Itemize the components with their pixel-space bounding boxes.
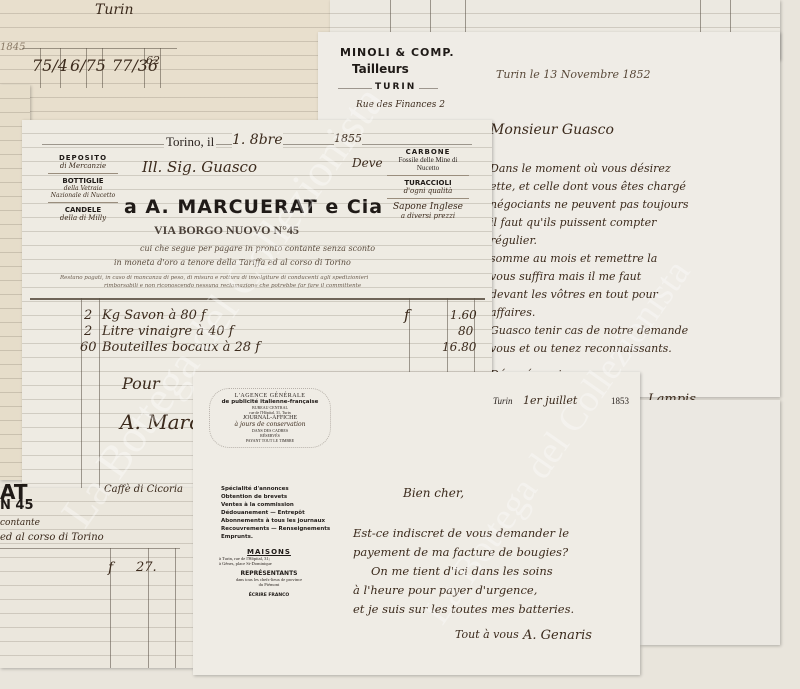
agence-date: 1er juillet xyxy=(523,394,577,407)
invoice-year: 1855 xyxy=(334,132,362,145)
invoice-left-column: DEPOSITO di Mercanzie BOTTIGLIE della Ve… xyxy=(48,154,118,222)
letter-line: vous et ou tenez reconnaissants. xyxy=(490,342,770,360)
ledger-col xyxy=(160,48,161,88)
blank-sheet-right xyxy=(640,400,780,645)
ad-sub: della Vetraia Nazionale di Nucetto xyxy=(48,185,118,203)
letter-line: régulier. xyxy=(490,234,770,252)
minoli-body: Dans le moment où vous désirez ette, et … xyxy=(490,162,770,386)
caffe-header: Caffè di Cicoria xyxy=(104,484,183,495)
ad-title: DEPOSITO xyxy=(48,154,118,162)
letter-line: et je suis sur les toutes mes batteries. xyxy=(353,602,574,621)
letter-line: devant les vôtres en tout pour xyxy=(490,288,770,306)
maisons-title: MAISONS xyxy=(219,548,319,556)
caffe-number: N 45 xyxy=(0,498,34,513)
caffe-receipt: AT N 45 Caffè di Cicoria contante ed al … xyxy=(0,488,195,668)
ad-title: CANDELE xyxy=(48,206,118,214)
ad-title: BOTTIGLIE xyxy=(48,177,118,185)
rep-title: REPRÉSENTANTS xyxy=(219,570,319,577)
letter-line: Est-ce indiscret de vous demander le xyxy=(353,526,574,545)
agence-closing: Tout à vous xyxy=(455,628,519,641)
agence-salutation: Bien cher, xyxy=(403,486,464,500)
minoli-salutation: Monsieur Guasco xyxy=(490,122,614,138)
ad-sub: Fossile delle Mine di Nucetto xyxy=(387,156,469,176)
agence-maisons: MAISONS à Turin, rue de l'Hôpital, 31; à… xyxy=(219,548,319,598)
letter-line: négociants ne peuvent pas toujours xyxy=(490,198,770,216)
service-item: Spécialité d'annonces xyxy=(221,486,330,494)
invoice-firm-address: VIA BORGO NUOVO N°45 xyxy=(154,223,299,238)
item-qty: 2 xyxy=(84,308,92,323)
ad-sub: della di Milly xyxy=(48,214,118,222)
letter-line: payement de ma facture de bougies? xyxy=(353,545,574,564)
minoli-company-name: MINOLI & COMP. xyxy=(340,46,455,59)
invoice-right-column: CARBONE Fossile delle Mine di Nucetto TU… xyxy=(387,148,469,220)
minoli-trade: Tailleurs xyxy=(352,62,409,76)
letter-line: vous suffira mais il me faut xyxy=(490,270,770,288)
letter-line: Guasco tenir cas de notre demande xyxy=(490,324,770,342)
service-item: Emprunts. xyxy=(221,534,330,542)
invoice-fine-print-2: rimborsabili e non riconoscendo nessuna … xyxy=(104,283,361,289)
ad-sub: di Mercanzie xyxy=(48,162,118,174)
agence-body: Est-ce indiscret de vous demander le pay… xyxy=(353,526,574,621)
ecrire-franco: ÉCRIRE FRANCO xyxy=(219,593,319,598)
service-item: Recouvrements — Renseignements xyxy=(221,526,330,534)
letter-line: à l'heure pour payer d'urgence, xyxy=(353,583,574,602)
agence-year: 1853 xyxy=(611,396,629,406)
service-item: Dédouanement — Entrepôt xyxy=(221,510,330,518)
invoice-terms-2: in moneta d'oro a tenore della Tariffa e… xyxy=(114,258,351,267)
service-item: Abonnements à tous les journaux xyxy=(221,518,330,526)
item-desc: Bouteilles bocaux à 28 f xyxy=(102,340,260,355)
emblem-line: à jours de conservation xyxy=(210,421,330,428)
item-qty: 60 xyxy=(80,340,97,355)
desc-col-rule xyxy=(99,298,100,488)
invoice-deve: Deve xyxy=(352,156,383,170)
letter-line: affaires. xyxy=(490,306,770,324)
agence-emblem: L'AGENCE GÉNÉRALE de publicité italienne… xyxy=(209,388,331,448)
invoice-terms-1: cui che segue per pagare in pronto conta… xyxy=(140,244,375,253)
minoli-date: Turin le 13 Novembre 1852 xyxy=(496,68,651,81)
caffe-amount: 27. xyxy=(136,560,157,575)
caffe-col xyxy=(175,548,176,668)
item-currency: f xyxy=(404,306,410,324)
ad-sub: d'ogni qualità xyxy=(387,187,469,199)
letter-line: ette, et celle dont vous êtes chargé xyxy=(490,180,770,198)
service-item: Obtention de brevets xyxy=(221,494,330,502)
item-amount: 16.80 xyxy=(442,340,476,354)
qty-col-rule xyxy=(81,298,82,488)
ledger-figure: 6/75 xyxy=(70,56,106,75)
ad-title: TURACCIOLI xyxy=(387,179,469,187)
agence-date-place: Turin xyxy=(493,396,513,406)
caffe-currency: f xyxy=(108,560,113,576)
caffe-rule xyxy=(0,548,180,549)
item-amount: 1.60 xyxy=(450,308,477,322)
invoice-date-prefix: Torino, il xyxy=(164,134,216,150)
minoli-address: Rue des Finances 2 xyxy=(356,100,445,110)
maison-item: à Gênes, place St-Dominique xyxy=(219,561,319,566)
rep-text: du Piémont xyxy=(219,582,319,587)
letter-line: il faut qu'ils puissent compter xyxy=(490,216,770,234)
invoice-date: 1. 8bre xyxy=(232,132,283,148)
amount-col-rule xyxy=(447,298,448,373)
ledger-rule xyxy=(22,48,177,49)
letter-line: somme au mois et remettre la xyxy=(490,252,770,270)
ledger-figure: 62 xyxy=(146,54,160,67)
invoice-addressee: Ill. Sig. Guasco xyxy=(142,158,257,176)
invoice-fine-print-1: Restano pagati, in caso di mancanza di p… xyxy=(60,275,368,281)
caffe-fragment-2: ed al corso di Torino xyxy=(0,532,104,543)
ledger-handwriting: Turin xyxy=(95,2,134,18)
agence-signature: A. Genaris xyxy=(523,628,592,643)
ad-title: Sapone Inglese xyxy=(387,202,469,212)
item-amount: 80 xyxy=(458,324,473,338)
emblem-line: PAYANT TOUT LE TIMBRE xyxy=(210,438,330,443)
letter-line: On me tient d'ici dans les soins xyxy=(353,564,574,583)
agence-services: Spécialité d'annonces Obtention de breve… xyxy=(221,486,330,542)
item-qty: 2 xyxy=(84,324,92,339)
caffe-fragment-1: contante xyxy=(0,518,40,528)
ad-sub: a diversi prezzi xyxy=(387,212,469,220)
ledger-sheet-top-left: Turin 1845 75/4 6/75 77/36 62 xyxy=(0,0,330,120)
item-desc: Kg Savon à 80 f xyxy=(102,308,206,323)
agence-letter: L'AGENCE GÉNÉRALE de publicité italienne… xyxy=(193,372,640,675)
invoice-firm-name: a A. MARCUERAT e Cia xyxy=(124,196,383,218)
ad-title: CARBONE xyxy=(387,148,469,156)
service-item: Ventes à la commission xyxy=(221,502,330,510)
item-desc: Litre vinaigre à 40 f xyxy=(102,324,234,339)
minoli-city: TURIN xyxy=(372,82,419,92)
invoice-pour: Pour xyxy=(122,374,160,393)
ledger-figure: 75/4 xyxy=(32,56,68,75)
letter-line: Dans le moment où vous désirez xyxy=(490,162,770,180)
